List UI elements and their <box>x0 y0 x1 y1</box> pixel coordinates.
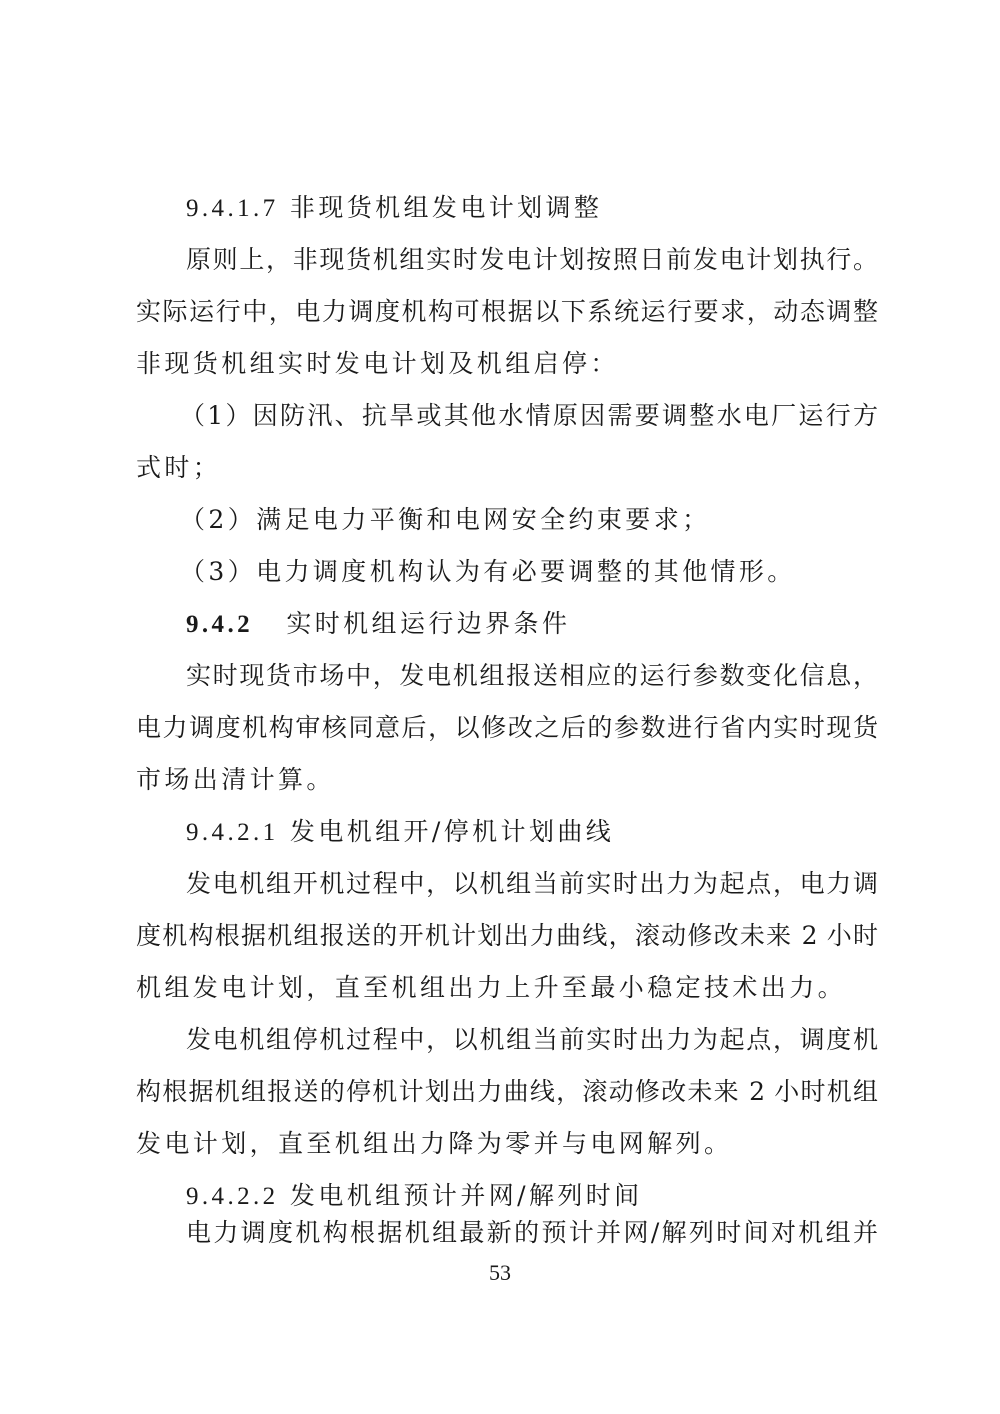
list-item-1-continuation: 式时； <box>136 453 878 483</box>
section-heading-9-4-2-1: 9.4.2.1 发电机组开/停机计划曲线 <box>186 817 878 848</box>
section-heading-9-4-2: 9.4.2 实时机组运行边界条件 <box>186 609 878 640</box>
section-number: 9.4.2.2 <box>186 1183 279 1210</box>
paragraph-line: 发电计划，直至机组出力降为零并与电网解列。 <box>136 1129 878 1159</box>
list-item-3: （3）电力调度机构认为有必要调整的其他情形。 <box>180 557 872 587</box>
list-marker: （3） <box>180 557 256 586</box>
paragraph-line: 发电机组停机过程中，以机组当前实时出力为起点，调度机 <box>186 1025 878 1055</box>
paragraph-line: 机组发电计划，直至机组出力上升至最小稳定技术出力。 <box>136 973 878 1003</box>
paragraph-line: 发电机组开机过程中，以机组当前实时出力为起点，电力调 <box>186 869 878 899</box>
paragraph-line: 实际运行中，电力调度机构可根据以下系统运行要求，动态调整 <box>136 297 878 327</box>
list-marker: （2） <box>180 505 256 534</box>
list-item-1: （1）因防汛、抗旱或其他水情原因需要调整水电厂运行方 <box>180 401 878 431</box>
paragraph-line: 电力调度机构根据机组最新的预计并网/解列时间对机组并 <box>186 1218 878 1248</box>
document-page: 9.4.1.7 非现货机组发电计划调整 原则上，非现货机组实时发电计划按照日前发… <box>0 0 1000 1414</box>
section-heading-9-4-1-7: 9.4.1.7 非现货机组发电计划调整 <box>186 193 878 224</box>
paragraph-line: 度机构根据机组报送的开机计划出力曲线，滚动修改未来 2 小时 <box>136 921 878 951</box>
list-item-text: 电力调度机构认为有必要调整的其他情形。 <box>256 557 796 586</box>
paragraph-line: 构根据机组报送的停机计划出力曲线，滚动修改未来 2 小时机组 <box>136 1077 878 1107</box>
section-title: 非现货机组发电计划调整 <box>290 193 602 222</box>
section-title: 发电机组开/停机计划曲线 <box>290 817 614 846</box>
section-number: 9.4.2 <box>186 611 253 638</box>
section-heading-9-4-2-2: 9.4.2.2 发电机组预计并网/解列时间 <box>186 1181 878 1212</box>
paragraph-line: 电力调度机构审核同意后，以修改之后的参数进行省内实时现货 <box>136 713 878 743</box>
paragraph-line: 非现货机组实时发电计划及机组启停： <box>136 349 878 379</box>
list-item-text: 满足电力平衡和电网安全约束要求； <box>256 505 710 534</box>
section-number: 9.4.2.1 <box>186 819 279 846</box>
section-title: 实时机组运行边界条件 <box>286 609 570 638</box>
paragraph-line: 原则上，非现货机组实时发电计划按照日前发电计划执行。 <box>186 245 878 275</box>
section-number: 9.4.1.7 <box>186 195 279 222</box>
section-title: 发电机组预计并网/解列时间 <box>290 1181 643 1210</box>
paragraph-line: 实时现货市场中，发电机组报送相应的运行参数变化信息， <box>186 661 878 691</box>
list-item-text: 因防汛、抗旱或其他水情原因需要调整水电厂运行方 <box>253 401 878 430</box>
list-marker: （1） <box>180 401 253 430</box>
paragraph-line: 市场出清计算。 <box>136 765 878 795</box>
page-number: 53 <box>0 1260 1000 1286</box>
list-item-2: （2）满足电力平衡和电网安全约束要求； <box>180 505 872 535</box>
